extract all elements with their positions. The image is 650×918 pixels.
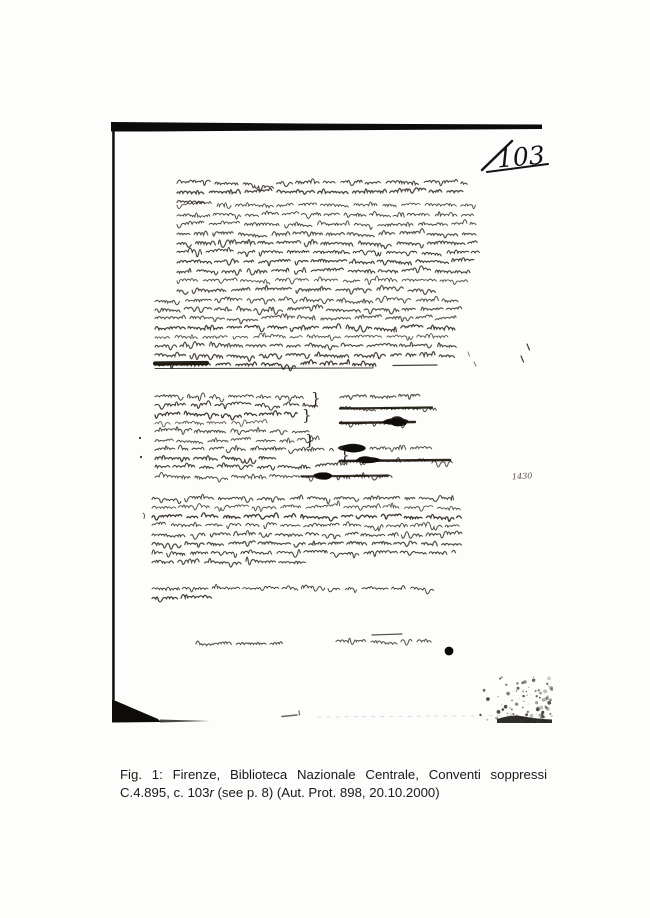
scan-top-border — [111, 122, 542, 132]
handwriting-lines — [152, 179, 480, 646]
caption-line-2: C.4.895, c. 103r (see p. 8) (Aut. Prot. … — [120, 784, 547, 802]
bottom-smudges — [282, 711, 522, 717]
caption-line-1: Fig. 1: Firenze, Biblioteca Nazionale Ce… — [120, 766, 547, 784]
page: 103 } } } } — [0, 0, 650, 918]
svg-text:}: } — [302, 406, 312, 424]
caption-shelfmark: C.4.895, c. 103 — [120, 785, 209, 800]
figure-caption: Fig. 1: Firenze, Biblioteca Nazionale Ce… — [120, 766, 547, 801]
svg-text:}: } — [305, 431, 315, 449]
margin-year: 1430 — [512, 471, 533, 481]
caption-references: (see p. 8) (Aut. Prot. 898, 20.10.2000) — [214, 785, 440, 800]
svg-text:}: } — [311, 389, 321, 407]
signature-ink-dot — [445, 647, 454, 656]
name-list-brackets: } } } } — [302, 389, 350, 464]
folio-number: 103 — [482, 140, 548, 173]
